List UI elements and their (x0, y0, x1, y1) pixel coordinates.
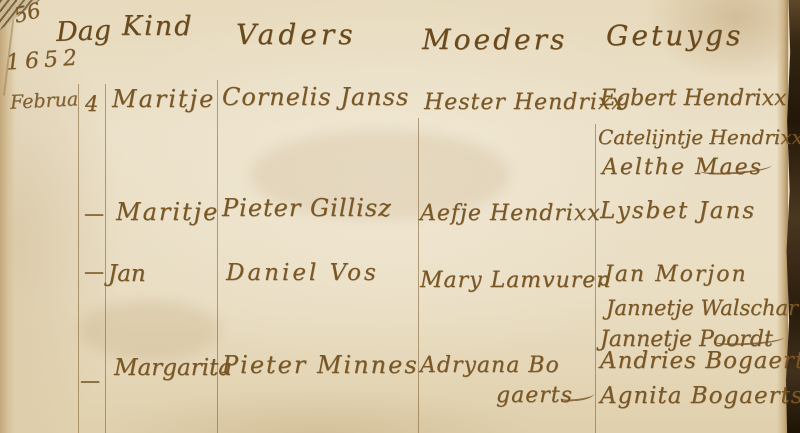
record-mother: Aefje Hendrixx (420, 203, 601, 225)
ink-flourish (714, 333, 784, 346)
record-witness: Agnita Bogaerts (600, 385, 800, 408)
record-day: — (84, 261, 104, 281)
page-number: 56 (12, 0, 43, 27)
header-day: Dag (56, 17, 112, 46)
ink-flourish (560, 390, 595, 402)
record-day: 4 (85, 94, 98, 115)
year-label: 1652 (5, 47, 82, 74)
column-rule-day-left (78, 84, 79, 433)
record-mother-line1: Adryana Bo (420, 355, 560, 377)
record-child: Jan (108, 263, 146, 286)
record-witness: Egbert Hendrixx (600, 88, 786, 110)
header-mother: Moeders (422, 26, 567, 54)
column-rule-father (418, 118, 419, 433)
record-witness: Jan Morjon (604, 264, 748, 286)
record-witness: Andries Bogaert (600, 350, 800, 373)
record-child: Maritje (116, 200, 219, 224)
ink-bleedthrough (80, 300, 220, 360)
record-father: Pieter Gillisz (222, 196, 392, 220)
record-day: — (80, 370, 100, 390)
record-father: Pieter Minnes (222, 353, 419, 377)
header-father: Vaders (236, 21, 357, 49)
header-witnesses: Getuygs (606, 22, 743, 50)
record-day: — (84, 203, 104, 223)
header-child: Kind (122, 13, 193, 40)
record-mother: Hester Hendrixx (424, 92, 625, 114)
record-father: Cornelis Janss (222, 85, 409, 109)
record-child: Maritje (112, 87, 215, 111)
record-witness: Lysbet Jans (600, 200, 756, 223)
record-mother: Mary Lamvuren (420, 270, 611, 292)
month-label: Februa (10, 90, 79, 113)
column-rule-day-right (105, 84, 106, 433)
record-witness: Catelijntje Hendrixx (598, 127, 800, 147)
record-child: Margarita (114, 357, 232, 380)
record-father: Daniel Vos (226, 262, 379, 285)
record-witness: Jannetje Walschar (606, 298, 798, 319)
manuscript-page: 56 1652 Dag Kind Vaders Moeders Getuygs … (0, 0, 800, 433)
